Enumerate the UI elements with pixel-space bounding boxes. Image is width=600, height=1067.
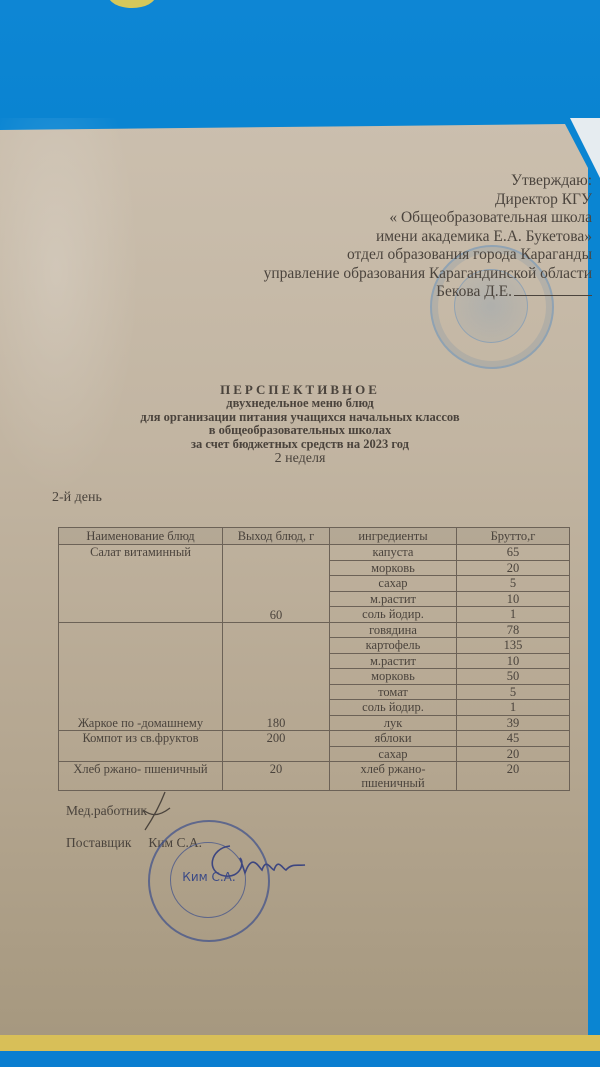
dish-yield: 20 [223, 762, 330, 791]
ingredient-gross: 39 [457, 715, 570, 731]
approval-line: Утверждаю: [264, 172, 592, 191]
ingredient-name: капуста [330, 545, 457, 561]
day-label: 2-й день [52, 490, 102, 506]
supplier-label: Поставщик [66, 835, 131, 850]
ingredient-gross: 1 [457, 700, 570, 716]
approval-line: Директор КГУ [264, 191, 592, 210]
column-header: Наименование блюд [59, 528, 223, 545]
title-line: за счет бюджетных средств на 2023 год [0, 438, 600, 452]
ingredient-gross: 10 [457, 591, 570, 607]
ingredient-name: м.растит [330, 591, 457, 607]
ingredient-name: томат [330, 684, 457, 700]
ingredient-name: яблоки [330, 731, 457, 747]
approval-block: Утверждаю: Директор КГУ « Общеобразовате… [264, 172, 592, 302]
column-header: Выход блюд, г [223, 528, 330, 545]
dish-yield: 200 [223, 731, 330, 762]
table-row: Салат витаминный60капуста65 [59, 545, 570, 561]
title-line: двухнедельное меню блюд [0, 397, 600, 411]
dish-name: Жаркое по -домашнему [59, 622, 223, 731]
dish-yield: 60 [223, 545, 330, 623]
approval-line: управление образования Карагандинской об… [264, 265, 592, 284]
dish-name: Компот из св.фруктов [59, 731, 223, 762]
ingredient-name: м.растит [330, 653, 457, 669]
ingredient-gross: 5 [457, 576, 570, 592]
ingredient-gross: 135 [457, 638, 570, 654]
ingredient-gross: 50 [457, 669, 570, 685]
ingredient-gross: 5 [457, 684, 570, 700]
ingredient-name: соль йодир. [330, 607, 457, 623]
ingredient-gross: 20 [457, 746, 570, 762]
ingredient-name: сахар [330, 576, 457, 592]
background-wall-bottom [0, 1051, 600, 1067]
ingredient-gross: 78 [457, 622, 570, 638]
ingredient-name: говядина [330, 622, 457, 638]
ingredient-gross: 10 [457, 653, 570, 669]
table-header-row: Наименование блюд Выход блюд, г ингредие… [59, 528, 570, 545]
ingredient-name: морковь [330, 560, 457, 576]
document-title: ПЕРСПЕКТИВНОЕ двухнедельное меню блюд дл… [0, 382, 600, 466]
menu-table: Наименование блюд Выход блюд, г ингредие… [58, 527, 570, 791]
ingredient-gross: 20 [457, 762, 570, 791]
table-row: Компот из св.фруктов200яблоки45 [59, 731, 570, 747]
ingredient-name: сахар [330, 746, 457, 762]
background-strip [0, 1035, 600, 1051]
table-row: Жаркое по -домашнему180говядина78 [59, 622, 570, 638]
ingredient-gross: 65 [457, 545, 570, 561]
ingredient-gross: 20 [457, 560, 570, 576]
dish-name: Салат витаминный [59, 545, 223, 623]
title-heading: ПЕРСПЕКТИВНОЕ [0, 382, 600, 397]
dish-name: Хлеб ржано- пшеничный [59, 762, 223, 791]
ingredient-name: лук [330, 715, 457, 731]
ingredient-name: хлеб ржано- пшеничный [330, 762, 457, 791]
week-label: 2 неделя [0, 451, 600, 466]
title-line: для организации питания учащихся начальн… [0, 411, 600, 425]
table-row: Хлеб ржано- пшеничный20хлеб ржано- пшени… [59, 762, 570, 791]
dish-yield: 180 [223, 622, 330, 731]
approval-line: « Общеобразовательная школа [264, 209, 592, 228]
approval-line: имени академика Е.А. Букетова» [264, 228, 592, 247]
ingredient-name: картофель [330, 638, 457, 654]
title-line: в общеобразовательных школах [0, 424, 600, 438]
column-header: ингредиенты [330, 528, 457, 545]
ingredient-gross: 45 [457, 731, 570, 747]
column-header: Брутто,г [457, 528, 570, 545]
approval-line: отдел образования города Караганды [264, 246, 592, 265]
ingredient-gross: 1 [457, 607, 570, 623]
ingredient-name: соль йодир. [330, 700, 457, 716]
background-wall [0, 0, 600, 120]
ingredient-name: морковь [330, 669, 457, 685]
signature-line [514, 295, 592, 296]
approval-signer: Бекова Д.Е. [436, 283, 512, 300]
